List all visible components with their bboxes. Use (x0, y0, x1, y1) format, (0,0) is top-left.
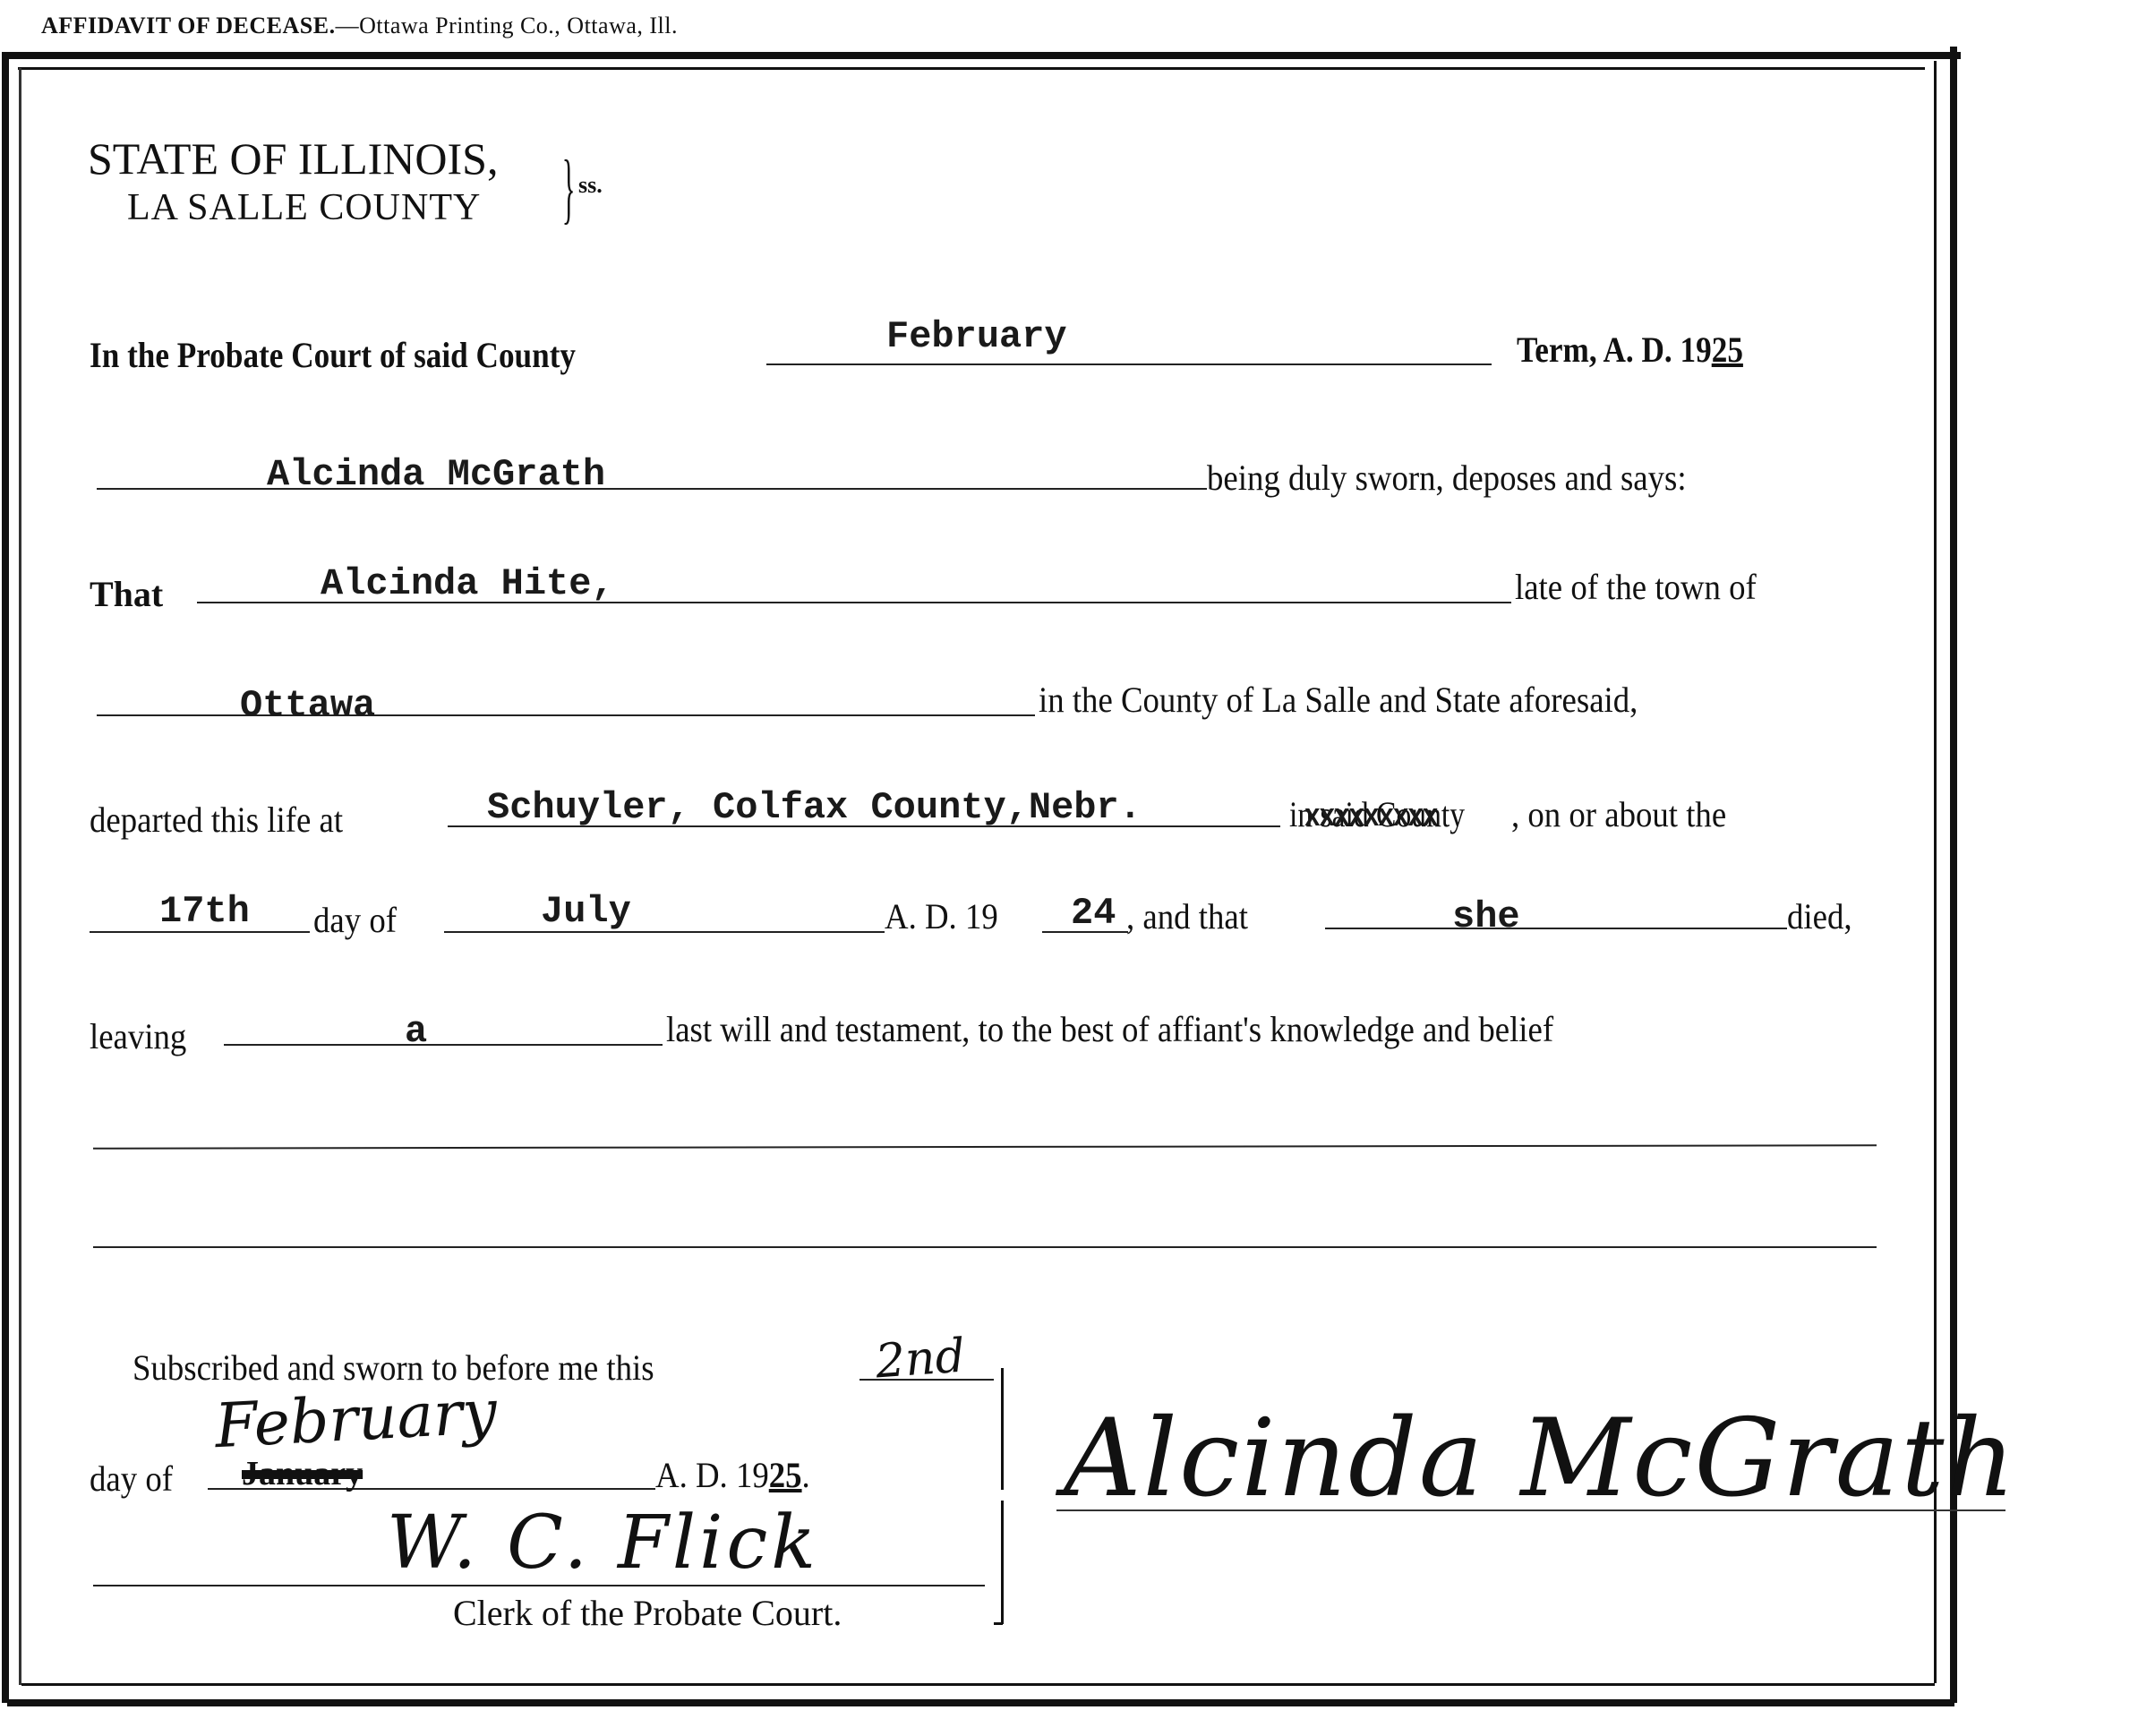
death-place-prefix: departed this life at (90, 799, 343, 841)
inner-border-left (19, 68, 21, 1685)
decedent-name-value: Alcinda Hite, (321, 562, 614, 605)
death-and-that: , and that (1126, 895, 1248, 937)
town-rule (97, 714, 1035, 716)
town-suffix: in the County of La Salle and State afor… (1039, 679, 1638, 721)
jurat-bracket-foot (994, 1622, 1003, 1625)
clerk-signature: W. C. Flick (387, 1501, 819, 1586)
venue-county: LA SALLE COUNTY (127, 186, 481, 229)
death-place-struck: in said Countyxxxxxxxxx (1289, 793, 1465, 835)
will-article-rule (224, 1044, 663, 1046)
inner-border-bottom (21, 1683, 1935, 1686)
death-place-value: Schuyler, Colfax County,Nebr. (487, 786, 1142, 829)
venue-ss: ss. (578, 172, 603, 199)
decedent-prefix: That (90, 573, 163, 615)
term-suffix: Term, A. D. 1925 (1517, 329, 1743, 371)
form-title: AFFIDAVIT OF DECEASE. (41, 13, 336, 38)
will-prefix: leaving (90, 1015, 186, 1057)
will-suffix: last will and testament, to the best of … (666, 1008, 1553, 1050)
publisher: —Ottawa Printing Co., Ottawa, Ill. (336, 13, 678, 38)
pronoun-value: she (1452, 895, 1520, 938)
decedent-suffix: late of the town of (1515, 566, 1757, 608)
death-year-value: 24 (1071, 892, 1116, 935)
affiant-name-value: Alcinda McGrath (267, 453, 605, 496)
affiant-rule (97, 488, 1207, 490)
form-caption: AFFIDAVIT OF DECEASE.—Ottawa Printing Co… (41, 13, 678, 39)
jurat-bracket-upper (1001, 1368, 1004, 1490)
death-day-value: 17th (159, 890, 250, 933)
outer-border-top (2, 52, 1961, 59)
typed-overstrike: xxxxxxxxx (1304, 799, 1437, 835)
jurat-day-value: 2nd (874, 1330, 967, 1390)
term-month-value: February (886, 315, 1067, 358)
death-died: died, (1787, 895, 1852, 937)
jurat-day-of: day of (90, 1458, 173, 1500)
death-place-suffix: , on or about the (1511, 793, 1726, 835)
death-ad: A. D. 19 (885, 895, 998, 937)
will-article-value: a (405, 1010, 427, 1053)
jurat-month-value: February (213, 1377, 499, 1462)
outer-border-left (2, 56, 9, 1703)
affiant-signature: Alcinda McGrath (1064, 1397, 2017, 1521)
term-month-rule (766, 363, 1492, 365)
pronoun-rule (1325, 928, 1787, 929)
jurat-bracket-lower (1001, 1501, 1004, 1624)
term-year-value: 25 (1712, 329, 1743, 370)
blank-line-1 (93, 1144, 1877, 1149)
court-prefix: In the Probate Court of said County (90, 334, 576, 376)
venue-state: STATE OF ILLINOIS, (88, 133, 498, 184)
venue-brace: } (562, 143, 576, 234)
affiant-suffix: being duly sworn, deposes and says: (1207, 457, 1687, 499)
death-month-rule (444, 931, 885, 933)
outer-border-bottom (7, 1699, 1954, 1706)
town-value: Ottawa (240, 684, 375, 727)
jurat-ad: A. D. 1925. (655, 1454, 810, 1496)
death-month-value: July (541, 890, 631, 933)
jurat-struck-month: January (242, 1454, 363, 1493)
clerk-title: Clerk of the Probate Court. (453, 1592, 842, 1634)
jurat-year-value: 25 (769, 1455, 802, 1495)
blank-line-2 (93, 1246, 1877, 1248)
inner-border-top (18, 67, 1925, 70)
death-day-of: day of (313, 899, 397, 941)
